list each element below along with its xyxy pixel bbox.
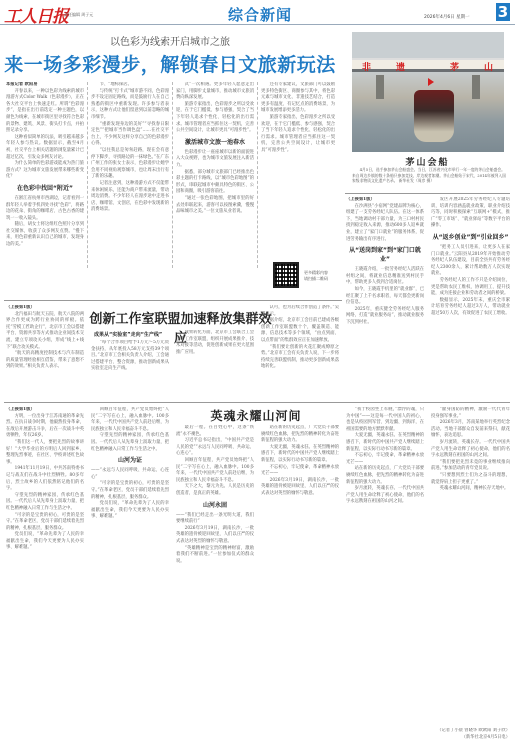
lead-column-2: 节、“地标探店。 与传统“打卡式”城市游不同，色彩漫步不设定固定路线，而是鼓励行… [91, 82, 169, 268]
divider [4, 300, 342, 301]
bridge-pier [472, 75, 480, 99]
bridge-banner: 非 遗 茅 山 [352, 58, 504, 72]
editor-credit: 责任编辑 周子元 [64, 12, 93, 18]
lead-column-3: 式”一次相遇。更多年轻人愿意走出家门，用脚步丈量城市，推动城市文旅消费向纵深发展… [176, 82, 254, 268]
subheading: 在色彩中找回“附近” [6, 184, 84, 193]
hero-column-3: 最后一程。在百姓心中，这条“铁流”永不褪色。 习近平总书记指出，“中国共产党是人… [176, 425, 254, 745]
subheading: 激活城市文旅一池春水 [176, 138, 254, 147]
hero-headline[interactable]: 英魂永耀山河间 [176, 407, 336, 424]
lead-column-4: 还有专家建议，文旅部门可以鼓励更多特色街区、商圈参与其中，将色彩元素与城市文化、… [261, 82, 335, 258]
subheading: 从“送岗到家”到“家门口就业” [346, 246, 424, 264]
photo-dragon-boat-festival[interactable]: 非 遗 茅 山 [352, 32, 504, 152]
innovation-column-1: （上接第1版） 北汽福田与航天五院、航天八院的两界合作更成为跨行业协同的样板。依… [6, 305, 84, 400]
right-story-column-1: （上接第1版） 在沙洲县“小宿网”党建品牌为核心，组建了一支劳务经纪人队伍。在这… [346, 197, 424, 397]
innovation-subheading: 成果从“实验室”走向“生产线” [94, 331, 162, 338]
innovation-column-2: “每个合作项目给予1万元～5万元资金扶持，从年底投入58万元支持39个项目。”北… [91, 340, 169, 398]
column-divider [87, 82, 88, 268]
qr-code[interactable] [273, 262, 299, 288]
lead-column-1: 本报记者 欧阳易 开春以来，一种以色彩为线索的城市漫游方式Color Walk（… [6, 82, 84, 268]
qr-caption: 更多精彩内容 请扫描二维码 [304, 270, 328, 282]
subheading: 山河为证 [91, 456, 169, 465]
column-divider [257, 82, 258, 268]
hero-column-5: “我于校园坐上军舰，”漂浮的魂，只为中国”——这是每一代中国人的初心，也是从校园… [346, 407, 424, 745]
bridge-pier [376, 75, 384, 99]
hero-column-1: （上接第1版） 方明，一位出身于江苏南通的革命先烈。在抗日战争时期，他毅然投身革… [6, 407, 84, 745]
byline: 本报记者 欧阳易 [6, 82, 84, 89]
subheading: 从“返乡创业”到“引业回乡” [431, 233, 510, 242]
boat [414, 90, 454, 142]
divider [4, 402, 510, 403]
newspaper-logo: 工人日报 [4, 2, 68, 27]
divider [345, 193, 510, 194]
subheading: 山河永固 [176, 501, 254, 510]
innovation-column-3: 成果转化方面，北京市工会联合工会创新工作室联盟，组织开展成果推介、技术对接等活动… [176, 330, 254, 398]
innovation-column-4: 认可，也为后续合作创造了条件。”吴鹏表示。 据介绍，北京市工会目前已建成各级创新… [261, 305, 339, 398]
lead-headline[interactable]: 来一场多彩漫步，解锁春日文旅新玩法 [0, 50, 340, 77]
flag [428, 78, 434, 86]
hero-column-2: 回顾百年征程，共产党员始终把“人民”二字写在心上，融入血脉中。100多年来，一代… [91, 407, 169, 745]
issue-date: 2026年4月6日 星期一 [424, 14, 470, 20]
lead-kicker: 以色彩为线索开启城市之旅 [0, 33, 340, 48]
photo-caption: 4月5日，选手参加茅山会船盛会。当日，江苏省兴化市举行一年一度的茅山会船盛会。来… [352, 167, 506, 184]
column-divider [172, 82, 173, 268]
masthead: 工人日报 责任编辑 周子元 综合新闻 2026年4月6日 星期一 3 [0, 0, 515, 25]
hero-column-6: “献身国防的精神，激励一代代青年投身强军事业。” 2026年3月，苏南某地举行英… [431, 407, 510, 725]
page-number: 3 [496, 3, 510, 21]
section-title: 综合新闻 [228, 4, 292, 25]
hero-column-4: 站在新的历史起点，广大党员干部要赓续红色血脉，把先烈的精神转化为奋进新征程的强大… [261, 425, 339, 745]
hero-credit: （记者丁小晨 曾晓华 欧欧阳 刘子欣） （新华社北京4月5日电） [431, 728, 510, 746]
right-story-column-2: 发区开展2025年劳务经纪人专题培训，培训内容涵盖就业政策、职业介绍技巧等，同时… [431, 197, 510, 397]
